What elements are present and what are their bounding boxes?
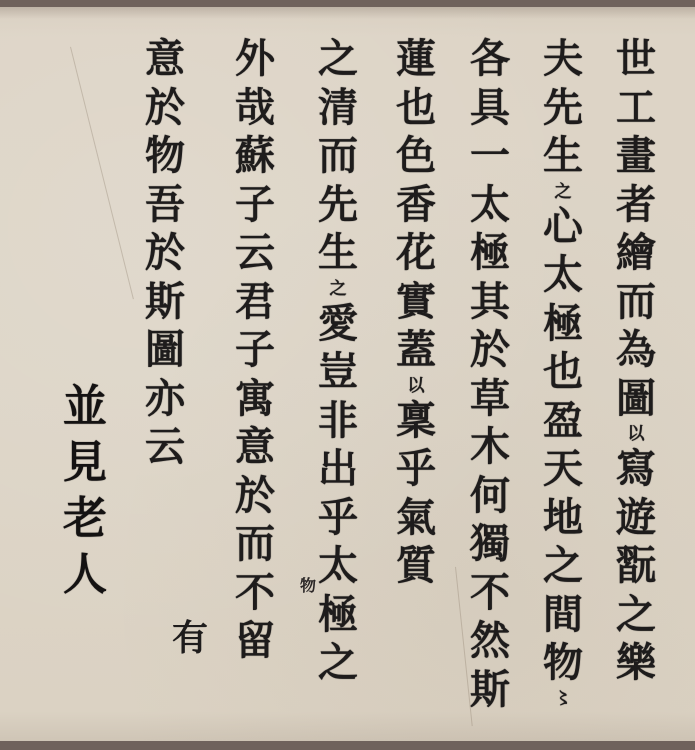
calligraphy-character: 子 (232, 326, 278, 375)
calligraphy-character: 地 (540, 494, 586, 543)
calligraphy-character: 云 (142, 423, 188, 472)
calligraphy-character: 外 (232, 35, 278, 84)
text-column: 夫先生之心太極也盈天地之間物〻 (540, 35, 586, 710)
text-column: 外哉蘇子云君子寓意於而不留 (232, 35, 278, 666)
calligraphy-character: 於 (232, 472, 278, 521)
calligraphy-character: 蓋 (393, 326, 439, 375)
artist-signature: 並見老人 (55, 379, 115, 603)
calligraphy-character: 之 (540, 542, 586, 591)
calligraphy-character: 遊 (613, 494, 659, 543)
calligraphy-character: 物 (142, 132, 188, 181)
calligraphy-character: 哉 (232, 84, 278, 133)
calligraphy-character: 為 (613, 326, 659, 375)
calligraphy-character: 極 (467, 229, 513, 278)
calligraphy-character: 寫 (613, 445, 659, 494)
signature-character: 見 (55, 435, 115, 491)
calligraphy-character: 而 (232, 520, 278, 569)
calligraphy-character: 具 (467, 84, 513, 133)
calligraphy-character: 豈 (315, 348, 361, 397)
calligraphy-character: 物 (540, 639, 586, 688)
calligraphy-character: 世 (613, 35, 659, 84)
calligraphy-character: 之 (315, 35, 361, 84)
paper-surface: 世工畫者繪而為圖以寫遊翫之樂夫先生之心太極也盈天地之間物〻各具一太極其於草木何獨… (0, 7, 695, 741)
calligraphy-character: 斯 (467, 666, 513, 715)
calligraphy-character: 不 (467, 569, 513, 618)
calligraphy-character: 草 (467, 375, 513, 424)
calligraphy-character: 蓮 (393, 35, 439, 84)
calligraphy-character: 工 (613, 84, 659, 133)
calligraphy-character: 氣 (393, 494, 439, 543)
handscroll: 世工畫者繪而為圖以寫遊翫之樂夫先生之心太極也盈天地之間物〻各具一太極其於草木何獨… (0, 0, 695, 750)
calligraphy-character: 香 (393, 181, 439, 230)
calligraphy-character: 極 (540, 300, 586, 349)
inserted-character-note: 物 (300, 573, 316, 596)
calligraphy-character: 斯 (142, 278, 188, 327)
calligraphy-character: 間 (540, 591, 586, 640)
calligraphy-character: 乎 (315, 494, 361, 543)
calligraphy-character: 太 (315, 542, 361, 591)
calligraphy-character: 也 (540, 348, 586, 397)
calligraphy-character: 以 (613, 423, 659, 445)
calligraphy-character: 畫 (613, 132, 659, 181)
signature-character: 老 (55, 491, 115, 547)
calligraphy-character: 夫 (540, 35, 586, 84)
calligraphy-character: 翫 (613, 542, 659, 591)
calligraphy-character: 於 (467, 326, 513, 375)
calligraphy-character: 於 (142, 229, 188, 278)
calligraphy-character: 太 (467, 181, 513, 230)
calligraphy-character: 君 (232, 278, 278, 327)
calligraphy-character: 吾 (142, 181, 188, 230)
calligraphy-character: 出 (315, 445, 361, 494)
calligraphy-character: 之 (315, 639, 361, 688)
text-column: 蓮也色香花實蓋以稟乎氣質 (393, 35, 439, 591)
calligraphy-character: 心 (540, 203, 586, 252)
calligraphy-character: 生 (540, 132, 586, 181)
calligraphy-character: 天 (540, 445, 586, 494)
calligraphy-character: 質 (393, 542, 439, 591)
calligraphy-character: 非 (315, 397, 361, 446)
calligraphy-character: 之 (613, 591, 659, 640)
calligraphy-character: 獨 (467, 520, 513, 569)
text-column: 世工畫者繪而為圖以寫遊翫之樂 (613, 35, 659, 688)
calligraphy-character: 於 (142, 84, 188, 133)
calligraphy-character: 也 (393, 84, 439, 133)
calligraphy-character: 不 (232, 569, 278, 618)
calligraphy-character: 太 (540, 251, 586, 300)
calligraphy-character: 而 (613, 278, 659, 327)
text-column: 之清而先生之愛豈非出乎太極之 (315, 35, 361, 688)
calligraphy-character: 亦 (142, 375, 188, 424)
calligraphy-character: 一 (467, 132, 513, 181)
calligraphy-character: 子 (232, 181, 278, 230)
calligraphy-character: 而 (315, 132, 361, 181)
calligraphy-character: 極 (315, 591, 361, 640)
calligraphy-character: 花 (393, 229, 439, 278)
calligraphy-character: 然 (467, 617, 513, 666)
calligraphy-character: 留 (232, 617, 278, 666)
signature-character: 並 (55, 379, 115, 435)
calligraphy-character: 圖 (613, 375, 659, 424)
calligraphy-character: 木 (467, 423, 513, 472)
calligraphy-character: 者 (613, 181, 659, 230)
calligraphy-character: 之 (540, 181, 586, 203)
calligraphy-character: 何 (467, 472, 513, 521)
paper-crease (70, 47, 134, 300)
calligraphy-character: 之 (315, 278, 361, 300)
calligraphy-character: 稟 (393, 397, 439, 446)
calligraphy-character: 清 (315, 84, 361, 133)
calligraphy-character: 盈 (540, 397, 586, 446)
trailing-character: 有 (172, 610, 208, 661)
calligraphy-character: 寓 (232, 375, 278, 424)
calligraphy-character: 意 (142, 35, 188, 84)
calligraphy-character: 〻 (540, 688, 586, 710)
calligraphy-character: 樂 (613, 639, 659, 688)
calligraphy-character: 以 (393, 375, 439, 397)
calligraphy-character: 色 (393, 132, 439, 181)
calligraphy-character: 圖 (142, 326, 188, 375)
calligraphy-character: 意 (232, 423, 278, 472)
calligraphy-character: 先 (540, 84, 586, 133)
calligraphy-character: 生 (315, 229, 361, 278)
calligraphy-character: 繪 (613, 229, 659, 278)
calligraphy-character: 先 (315, 181, 361, 230)
calligraphy-character: 乎 (393, 445, 439, 494)
calligraphy-character: 實 (393, 278, 439, 327)
calligraphy-character: 云 (232, 229, 278, 278)
signature-character: 人 (55, 547, 115, 603)
calligraphy-character: 其 (467, 278, 513, 327)
calligraphy-character: 各 (467, 35, 513, 84)
calligraphy-character: 蘇 (232, 132, 278, 181)
calligraphy-character: 愛 (315, 300, 361, 349)
text-column: 各具一太極其於草木何獨不然斯 (467, 35, 513, 714)
text-column: 意於物吾於斯圖亦云 (142, 35, 188, 472)
